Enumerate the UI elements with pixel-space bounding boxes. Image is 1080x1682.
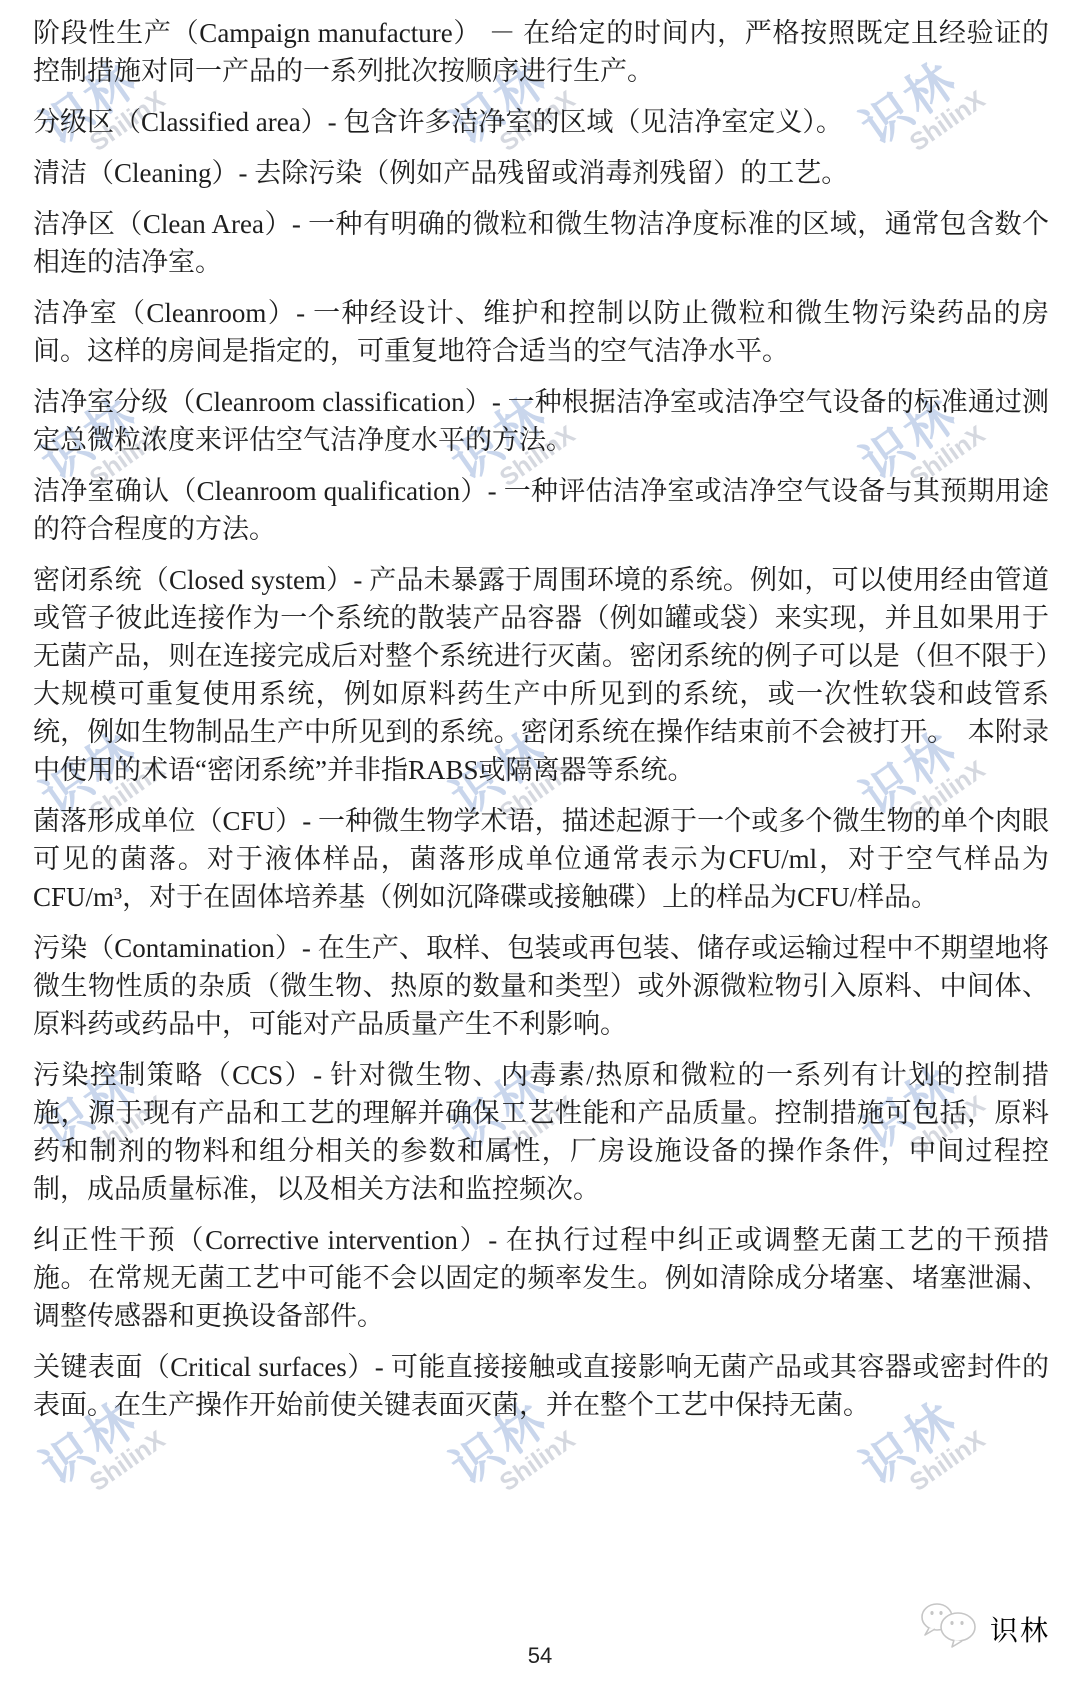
- glossary-paragraph: 洁净室（Cleanroom）- 一种经设计、维护和控制以防止微粒和微生物污染药品…: [33, 294, 1049, 370]
- glossary-paragraph: 洁净室确认（Cleanroom qualification）- 一种评估洁净室或…: [33, 472, 1049, 548]
- document-page: 识林ShilinX识林ShilinX识林ShilinX识林ShilinX识林Sh…: [0, 0, 1080, 1682]
- glossary-paragraph: 洁净室分级（Cleanroom classification）- 一种根据洁净室…: [33, 383, 1049, 459]
- glossary-paragraph: 污染（Contamination）- 在生产、取样、包装或再包装、储存或运输过程…: [33, 929, 1049, 1043]
- glossary-paragraph: 阶段性生产（Campaign manufacture） － 在给定的时间内，严格…: [33, 14, 1049, 90]
- glossary-paragraph: 密闭系统（Closed system）- 产品未暴露于周围环境的系统。例如，可以…: [33, 561, 1049, 789]
- glossary-paragraph: 关键表面（Critical surfaces）- 可能直接接触或直接影响无菌产品…: [33, 1348, 1049, 1424]
- glossary-paragraph: 分级区（Classified area）- 包含许多洁净室的区域（见洁净室定义）…: [33, 103, 1049, 141]
- glossary-paragraph: 清洁（Cleaning）- 去除污染（例如产品残留或消毒剂残留）的工艺。: [33, 154, 1049, 192]
- glossary-paragraph: 菌落形成单位（CFU）- 一种微生物学术语，描述起源于一个或多个微生物的单个肉眼…: [33, 802, 1049, 916]
- glossary-paragraph: 污染控制策略（CCS）- 针对微生物、内毒素/热原和微粒的一系列有计划的控制措施…: [33, 1056, 1049, 1208]
- glossary-paragraph: 纠正性干预（Corrective intervention）- 在执行过程中纠正…: [33, 1221, 1049, 1335]
- glossary-paragraph: 洁净区（Clean Area）- 一种有明确的微粒和微生物洁净度标准的区域，通常…: [33, 205, 1049, 281]
- glossary-content: 阶段性生产（Campaign manufacture） － 在给定的时间内，严格…: [33, 14, 1049, 1437]
- page-number: 54: [0, 1643, 1080, 1669]
